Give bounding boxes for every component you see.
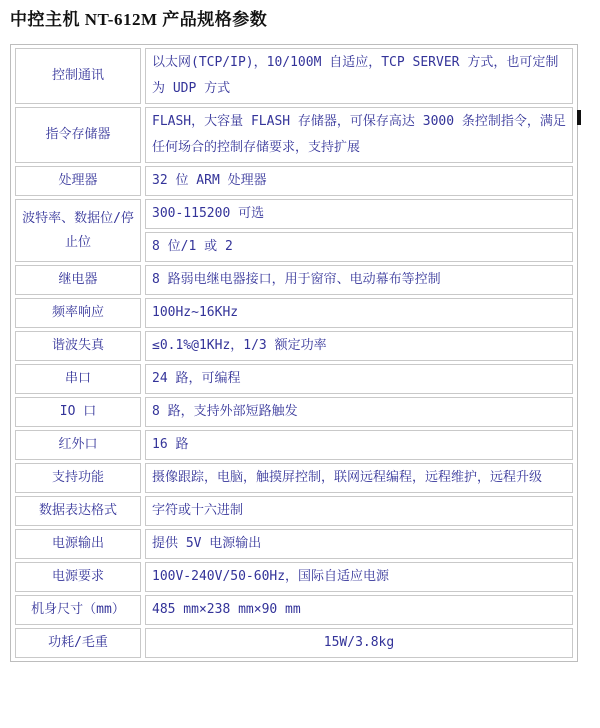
spec-label-cell: 频率响应 <box>15 298 141 328</box>
spec-value-cell: 提供 5V 电源输出 <box>145 529 573 559</box>
spec-value-cell: 100Hz~16KHz <box>145 298 573 328</box>
table-row: 控制通讯以太网(TCP/IP)，10/100M 自适应，TCP SERVER 方… <box>15 48 573 104</box>
table-row: 功耗/毛重15W/3.8kg <box>15 628 573 658</box>
table-row: 电源要求100V-240V/50-60Hz，国际自适应电源 <box>15 562 573 592</box>
spec-label-cell: 电源要求 <box>15 562 141 592</box>
table-row: 数据表达格式字符或十六进制 <box>15 496 573 526</box>
table-row: 继电器8 路弱电继电器接口，用于窗帘、电动幕布等控制 <box>15 265 573 295</box>
spec-label-cell: 控制通讯 <box>15 48 141 104</box>
spec-value-cell: 485 mm×238 mm×90 mm <box>145 595 573 625</box>
spec-value-cell: 32 位 ARM 处理器 <box>145 166 573 196</box>
table-row: 电源输出提供 5V 电源输出 <box>15 529 573 559</box>
spec-label-cell: 数据表达格式 <box>15 496 141 526</box>
spec-label-cell: 指令存储器 <box>15 107 141 163</box>
spec-label-cell: 支持功能 <box>15 463 141 493</box>
spec-table: 控制通讯以太网(TCP/IP)，10/100M 自适应，TCP SERVER 方… <box>10 44 578 662</box>
table-row: 串口24 路，可编程 <box>15 364 573 394</box>
spec-value-cell: 摄像跟踪，电脑，触摸屏控制，联网远程编程，远程维护，远程升级 <box>145 463 573 493</box>
spec-value-cell: 300-115200 可选 <box>145 199 573 229</box>
spec-value-cell: 24 路，可编程 <box>145 364 573 394</box>
text-cursor-artifact <box>577 110 581 125</box>
table-row: 红外口16 路 <box>15 430 573 460</box>
spec-label-cell: 红外口 <box>15 430 141 460</box>
spec-value-cell: 100V-240V/50-60Hz，国际自适应电源 <box>145 562 573 592</box>
spec-label-cell: 电源输出 <box>15 529 141 559</box>
spec-label-cell: 功耗/毛重 <box>15 628 141 658</box>
page-title: 中控主机 NT-612M 产品规格参数 <box>10 8 267 32</box>
spec-value-cell: 字符或十六进制 <box>145 496 573 526</box>
table-row: 支持功能摄像跟踪，电脑，触摸屏控制，联网远程编程，远程维护，远程升级 <box>15 463 573 493</box>
spec-label-cell: 机身尺寸（mm） <box>15 595 141 625</box>
spec-value-cell: 15W/3.8kg <box>145 628 573 658</box>
spec-value-cell: 以太网(TCP/IP)，10/100M 自适应，TCP SERVER 方式，也可… <box>145 48 573 104</box>
table-row: 指令存储器FLASH，大容量 FLASH 存储器，可保存高达 3000 条控制指… <box>15 107 573 163</box>
spec-label-cell: 串口 <box>15 364 141 394</box>
spec-label-cell: 波特率、数据位/停止位 <box>15 199 141 262</box>
table-row: 频率响应100Hz~16KHz <box>15 298 573 328</box>
spec-label-cell: IO 口 <box>15 397 141 427</box>
table-row: 机身尺寸（mm）485 mm×238 mm×90 mm <box>15 595 573 625</box>
table-row: IO 口8 路，支持外部短路触发 <box>15 397 573 427</box>
spec-value-cell: 8 位/1 或 2 <box>145 232 573 262</box>
spec-value-cell: ≤0.1%@1KHz，1/3 额定功率 <box>145 331 573 361</box>
table-row: 处理器32 位 ARM 处理器 <box>15 166 573 196</box>
spec-value-cell: 8 路，支持外部短路触发 <box>145 397 573 427</box>
spec-label-cell: 谐波失真 <box>15 331 141 361</box>
spec-label-cell: 继电器 <box>15 265 141 295</box>
table-row: 谐波失真≤0.1%@1KHz，1/3 额定功率 <box>15 331 573 361</box>
spec-value-cell: 8 路弱电继电器接口，用于窗帘、电动幕布等控制 <box>145 265 573 295</box>
table-row: 波特率、数据位/停止位300-115200 可选 <box>15 199 573 229</box>
spec-value-cell: FLASH，大容量 FLASH 存储器，可保存高达 3000 条控制指令，满足任… <box>145 107 573 163</box>
spec-value-cell: 16 路 <box>145 430 573 460</box>
spec-label-cell: 处理器 <box>15 166 141 196</box>
